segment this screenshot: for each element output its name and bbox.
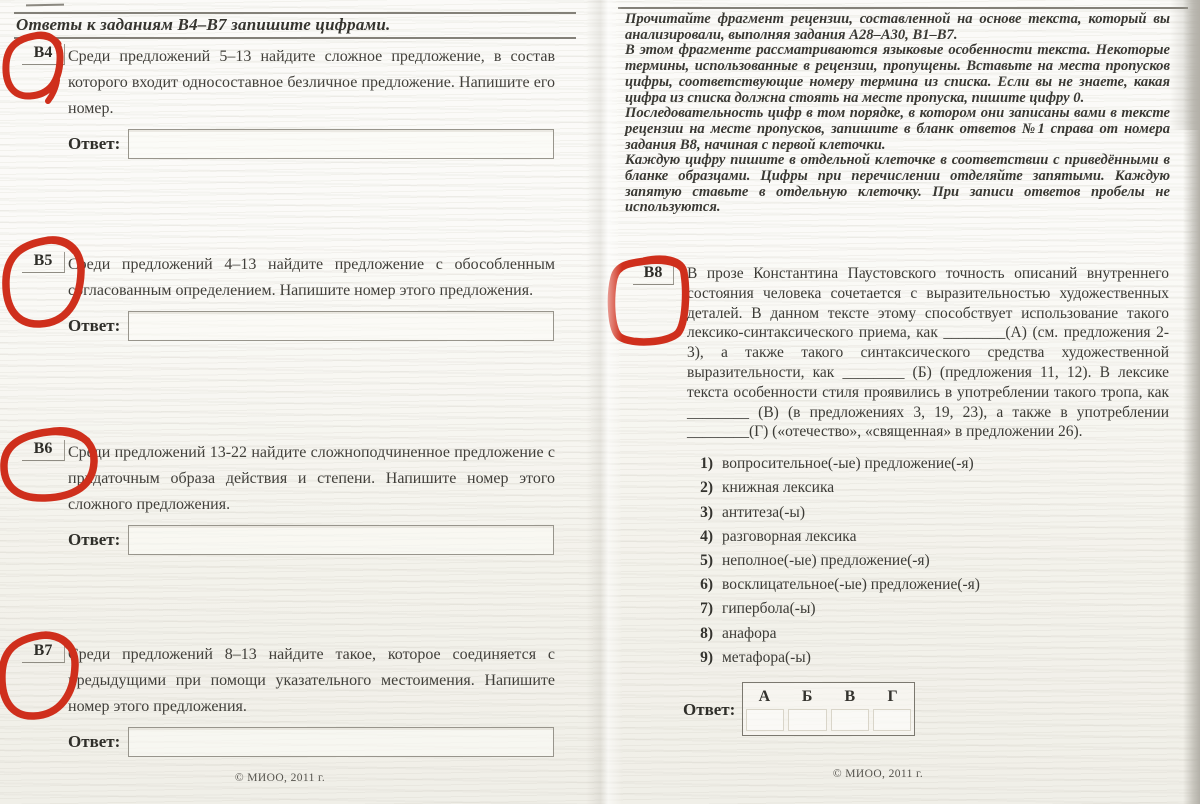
task-b6-text: Среди предложений 13-22 найдите сложнопо… <box>68 440 555 518</box>
task-b6-label: В6 <box>22 440 65 461</box>
task-b5-label: В5 <box>22 252 65 273</box>
answer-column-g: Г <box>871 683 914 709</box>
task-b4-answer-row: Ответ: <box>68 129 555 159</box>
task-b8-options: 1)вопросительное(-ые) предложение(-я) 2)… <box>695 452 1170 670</box>
scan-edge-right <box>1183 0 1200 804</box>
option-5-number: 5) <box>695 549 713 573</box>
right-footer-copyright: © МИОО, 2011 г. <box>768 768 988 780</box>
option-6: 6)восклицательное(-ые) предложение(-я) <box>695 573 1170 597</box>
option-5: 5)неполное(-ые) предложение(-я) <box>695 549 1170 573</box>
instruction-paragraph-4: Каждую цифру пишите в отдельной клеточке… <box>625 153 1170 216</box>
task-b4-label: В4 <box>22 44 65 65</box>
instruction-paragraph-2: В этом фрагменте рассматриваются языковы… <box>625 43 1170 106</box>
answer-cell-a <box>746 709 784 731</box>
instruction-paragraph-1: Прочитайте фрагмент рецензии, составленн… <box>625 12 1170 43</box>
task-b4-answer-label: Ответ: <box>68 134 120 154</box>
option-3-number: 3) <box>695 501 713 525</box>
task-b7-answer-label: Ответ: <box>68 732 120 752</box>
task-b6: В6 Среди предложений 13-22 найдите сложн… <box>22 440 555 555</box>
task-b7-answer-row: Ответ: <box>68 727 555 757</box>
task-b4: В4 Среди предложений 5–13 найдите сложно… <box>22 44 555 159</box>
option-4-text: разговорная лексика <box>722 525 856 549</box>
instruction-paragraph-3: Последовательность цифр в том порядке, в… <box>625 106 1170 153</box>
answer-column-a: А <box>743 683 786 709</box>
task-b7: В7 Среди предложений 8–13 найдите такое,… <box>22 642 555 757</box>
task-b8: В8 В прозе Константина Паустовского точн… <box>633 264 1170 738</box>
scan-artifact-dash <box>26 4 64 7</box>
option-6-number: 6) <box>695 573 713 597</box>
right-top-rule <box>618 7 1188 9</box>
task-b6-answer-label: Ответ: <box>68 530 120 550</box>
task-b7-text: Среди предложений 8–13 найдите такое, ко… <box>68 642 555 720</box>
option-9-number: 9) <box>695 646 713 670</box>
answer-column-v: В <box>829 683 872 709</box>
option-1: 1)вопросительное(-ые) предложение(-я) <box>695 452 1170 476</box>
option-9: 9)метафора(-ы) <box>695 646 1170 670</box>
answer-cell-b <box>788 709 826 731</box>
task-b5: В5 Среди предложений 4–13 найдите предло… <box>22 252 555 341</box>
option-4-number: 4) <box>695 525 713 549</box>
option-3: 3)антитеза(-ы) <box>695 501 1170 525</box>
option-5-text: неполное(-ые) предложение(-я) <box>722 549 930 573</box>
answer-table-header-row: А Б В Г <box>743 683 914 709</box>
task-b8-answer-table: А Б В Г <box>742 682 915 736</box>
option-3-text: антитеза(-ы) <box>722 501 805 525</box>
task-b5-answer-row: Ответ: <box>68 311 555 341</box>
task-b7-label: В7 <box>22 642 65 663</box>
task-b5-answer-field <box>128 311 554 341</box>
option-1-number: 1) <box>695 452 713 476</box>
task-b4-text: Среди предложений 5–13 найдите сложное п… <box>68 44 555 122</box>
option-4: 4)разговорная лексика <box>695 525 1170 549</box>
task-b5-answer-label: Ответ: <box>68 316 120 336</box>
task-b8-text: В прозе Константина Паустовского точност… <box>687 264 1169 442</box>
answer-cell-v <box>831 709 869 731</box>
option-8: 8)анафора <box>695 622 1170 646</box>
option-7-number: 7) <box>695 597 713 621</box>
option-2-text: книжная лексика <box>722 476 834 500</box>
page-fold-shadow <box>586 0 622 804</box>
option-2-number: 2) <box>695 476 713 500</box>
option-8-number: 8) <box>695 622 713 646</box>
answer-table-cell-row <box>743 709 914 731</box>
option-7-text: гипербола(-ы) <box>722 597 816 621</box>
task-b6-answer-field <box>128 525 554 555</box>
task-b6-answer-row: Ответ: <box>68 525 555 555</box>
option-9-text: метафора(-ы) <box>722 646 811 670</box>
answer-column-b: Б <box>786 683 829 709</box>
task-b8-answer-label: Ответ: <box>683 700 735 720</box>
option-6-text: восклицательное(-ые) предложение(-я) <box>722 573 980 597</box>
b8-instructions: Прочитайте фрагмент рецензии, составленн… <box>625 12 1170 216</box>
scanned-exam-page: Ответы к заданиям В4–В7 запишите цифрами… <box>0 0 1200 804</box>
task-b5-text: Среди предложений 4–13 найдите предложен… <box>68 252 555 304</box>
header-top-rule <box>14 12 576 14</box>
task-b7-answer-field <box>128 727 554 757</box>
option-8-text: анафора <box>722 622 776 646</box>
task-b8-label: В8 <box>633 264 674 285</box>
option-2: 2)книжная лексика <box>695 476 1170 500</box>
task-b8-answer-block: Ответ: А Б В Г <box>633 682 1170 738</box>
option-1-text: вопросительное(-ые) предложение(-я) <box>722 452 974 476</box>
answer-cell-g <box>873 709 911 731</box>
left-section-header: Ответы к заданиям В4–В7 запишите цифрами… <box>16 15 576 35</box>
left-footer-copyright: © МИОО, 2011 г. <box>170 772 390 784</box>
header-bottom-rule <box>14 37 576 39</box>
task-b4-answer-field <box>128 129 554 159</box>
option-7: 7)гипербола(-ы) <box>695 597 1170 621</box>
